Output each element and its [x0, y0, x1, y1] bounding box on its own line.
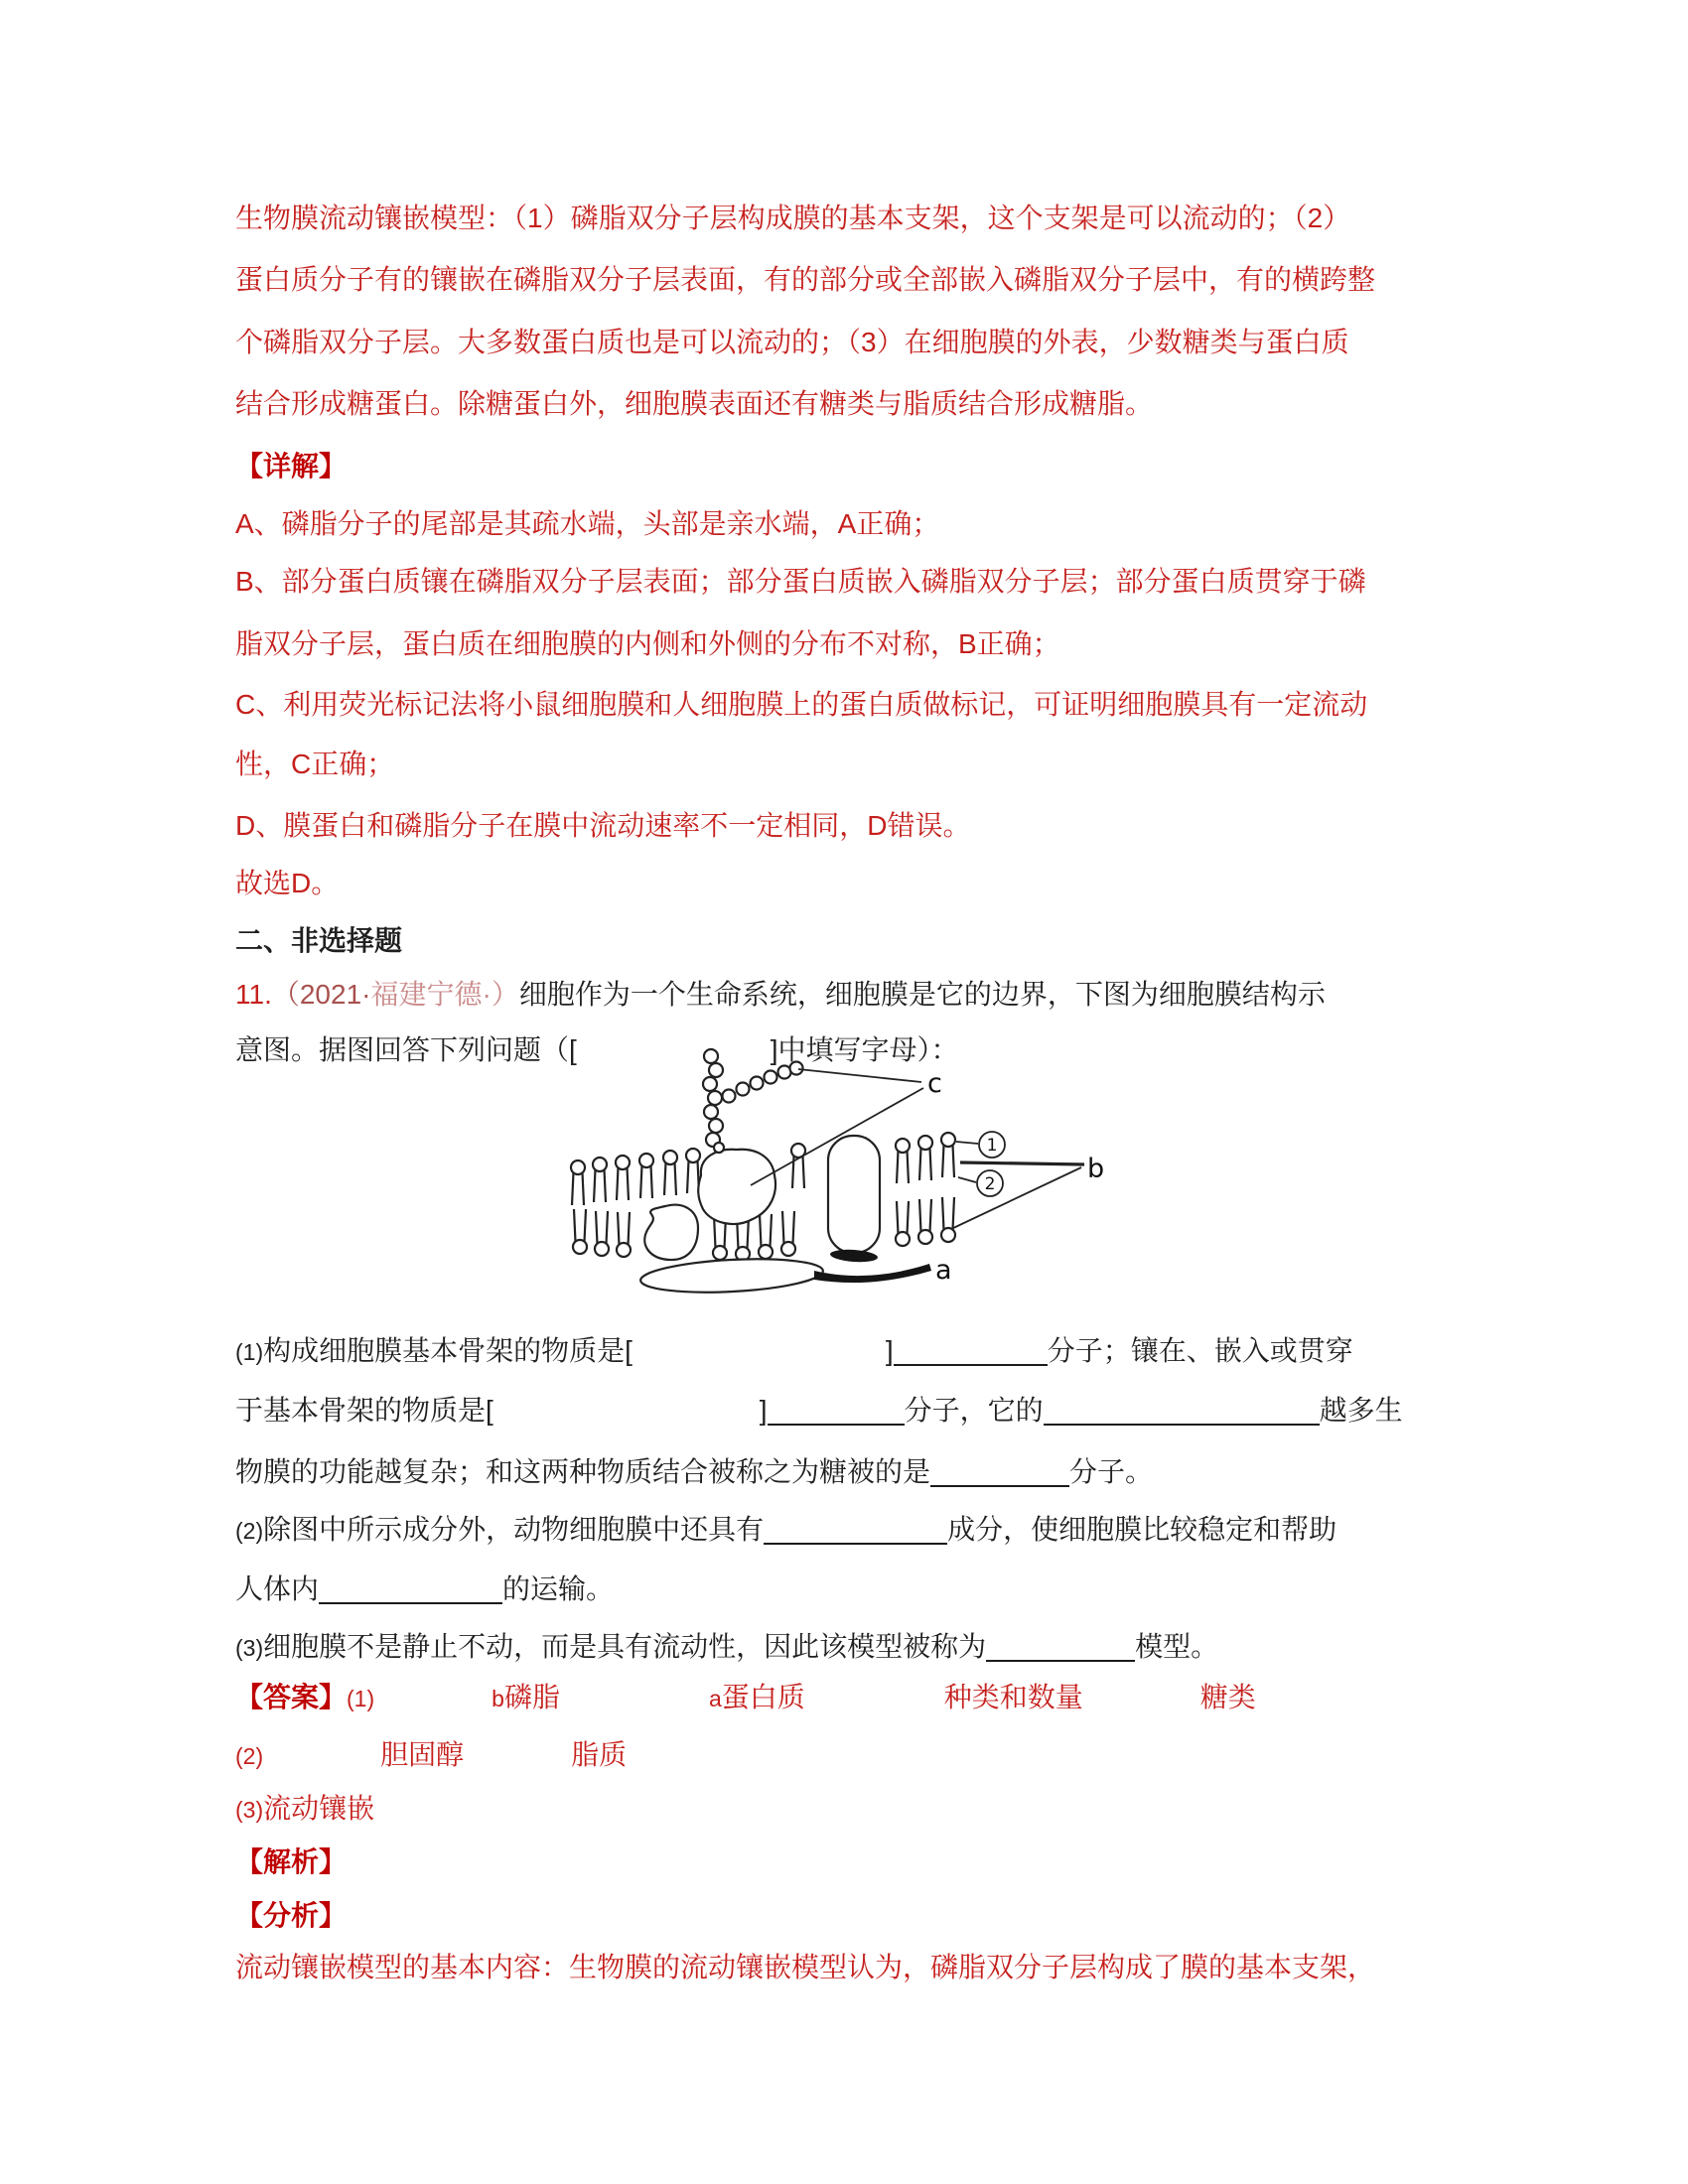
section-heading: 二、非选择题: [235, 921, 402, 963]
bracket-gap: [1083, 1706, 1200, 1706]
q2-line-1: (2)除图中所示成分外，动物细胞膜中还具有成分，使细胞膜比较稳定和帮助: [235, 1509, 1336, 1551]
q1-line-3: 物膜的功能越复杂；和这两种物质结合被称之为糖被的是分子。: [235, 1451, 1153, 1493]
text-run: 的运输。: [502, 1573, 614, 1604]
text-run: 性，C正确；: [235, 749, 394, 779]
text-run: 胆固醇: [380, 1739, 464, 1770]
text-run: 细胞作为一个生命系统，细胞膜是它的边界，下图为细胞膜结构示: [519, 979, 1326, 1010]
transmembrane-protein: [828, 1136, 880, 1253]
q1-line-2: 于基本骨架的物质是[]分子，它的越多生: [235, 1390, 1403, 1432]
text-run: 意图。据图回答下列问题（[: [235, 1034, 577, 1065]
text-run: （2021·: [272, 979, 371, 1010]
text-run: (3): [235, 1635, 263, 1661]
num2-pointer-line: [958, 1177, 976, 1182]
glycoprotein-body: [698, 1150, 775, 1224]
fill-in-blank: [768, 1390, 905, 1426]
text-run: 二、非选择题: [235, 925, 402, 956]
text-run: 生物膜流动镶嵌模型：（1）磷脂双分子层构成膜的基本支架，这个支架是可以流动的；（…: [235, 203, 1350, 233]
bracket-gap: [560, 1706, 709, 1706]
label-a: a: [935, 1255, 952, 1286]
num1-pointer-line: [956, 1142, 978, 1144]
text-run: 成分，使细胞膜比较稳定和帮助: [947, 1514, 1336, 1545]
text-run: 流动镶嵌: [263, 1793, 374, 1824]
text-run: 【详解】: [235, 451, 347, 481]
svg-text:1: 1: [987, 1136, 998, 1156]
svg-text:2: 2: [985, 1174, 996, 1194]
option-a: A、磷脂分子的尾部是其疏水端，头部是亲水端，A正确；: [235, 504, 939, 546]
text-run: 细胞膜不是静止不动，而是具有流动性，因此该模型被称为: [263, 1631, 986, 1662]
text-run: 故选D。: [235, 868, 339, 898]
text-run: 蛋白质: [722, 1682, 805, 1712]
text-run: ·）: [483, 979, 519, 1010]
q3-line: (3)细胞膜不是静止不动，而是具有流动性，因此该模型被称为模型。: [235, 1626, 1218, 1668]
text-run: 流动镶嵌模型的基本内容：生物膜的流动镶嵌模型认为，磷脂双分子层构成了膜的基本支架…: [235, 1952, 1375, 1982]
text-run: 个磷脂双分子层。大多数蛋白质也是可以流动的；（3）在细胞膜的外表，少数糖类与蛋白…: [235, 327, 1349, 357]
text-run: ]: [886, 1335, 894, 1366]
text-run: 脂质: [571, 1739, 627, 1770]
b-diagonal-line: [951, 1167, 1081, 1229]
text-run: 11.: [235, 979, 272, 1010]
analysis-line-1: 生物膜流动镶嵌模型：（1）磷脂双分子层构成膜的基本支架，这个支架是可以流动的；（…: [235, 199, 1350, 240]
fill-in-blank: [764, 1509, 947, 1545]
cell-membrane-diagram: c b a 1 2: [548, 1036, 1144, 1316]
text-run: ]: [760, 1395, 768, 1426]
analysis-line-2: 蛋白质分子有的镶嵌在磷脂双分子层表面，有的部分或全部嵌入磷脂双分子层中，有的横跨…: [235, 260, 1375, 302]
text-run: 脂双分子层，蛋白质在细胞膜的内侧和外侧的分布不对称，B正确；: [235, 628, 1060, 659]
option-b-2: 脂双分子层，蛋白质在细胞膜的内侧和外侧的分布不对称，B正确；: [235, 624, 1060, 666]
text-run: (1): [235, 1339, 263, 1365]
text-run: C、利用荧光标记法将小鼠细胞膜和人细胞膜上的蛋白质做标记，可证明细胞膜具有一定流…: [235, 689, 1367, 720]
text-run: (3): [235, 1797, 263, 1823]
text-run: 蛋白质分子有的镶嵌在磷脂双分子层表面，有的部分或全部嵌入磷脂双分子层中，有的横跨…: [235, 264, 1375, 295]
text-run: 模型。: [1135, 1631, 1218, 1662]
bracket-gap: [805, 1706, 944, 1706]
text-run: a: [709, 1686, 722, 1711]
text-run: 分子，它的: [905, 1395, 1044, 1426]
c-pointer-line-1: [798, 1069, 921, 1082]
a-pointer-band: [814, 1264, 931, 1283]
fill-in-blank: [894, 1330, 1048, 1366]
text-run: A、磷脂分子的尾部是其疏水端，头部是亲水端，A正确；: [235, 508, 939, 539]
option-c-1: C、利用荧光标记法将小鼠细胞膜和人细胞膜上的蛋白质做标记，可证明细胞膜具有一定流…: [235, 685, 1367, 727]
text-run: 人体内: [235, 1573, 319, 1604]
answer-line-3: (3)流动镶嵌: [235, 1789, 374, 1831]
text-run: 构成细胞膜基本骨架的物质是[: [263, 1335, 633, 1366]
text-run: 分子；镶在、嵌入或贯穿: [1048, 1335, 1353, 1366]
question-11-intro-1: 11.（2021·福建宁德·）细胞作为一个生命系统，细胞膜是它的边界，下图为细胞…: [235, 975, 1326, 1017]
text-run: (1): [347, 1686, 374, 1711]
sugar-chain: [703, 1049, 803, 1153]
b-pointer-line: [960, 1162, 1084, 1164]
detail-header: 【详解】: [235, 447, 347, 488]
text-run: 物膜的功能越复杂；和这两种物质结合被称之为糖被的是: [235, 1456, 930, 1487]
fill-in-blank: [1044, 1390, 1320, 1426]
embedded-protein: [644, 1205, 698, 1260]
peripheral-protein: [639, 1255, 823, 1297]
text-run: 越多生: [1320, 1395, 1403, 1426]
fill-in-blank: [930, 1451, 1069, 1487]
fill-in-blank: [319, 1569, 502, 1604]
bracket-gap: [464, 1763, 571, 1764]
q2-line-2: 人体内的运输。: [235, 1569, 614, 1610]
option-c-2: 性，C正确；: [235, 745, 394, 786]
text-run: 除图中所示成分外，动物细胞膜中还具有: [263, 1514, 764, 1545]
analysis-line-4: 结合形成糖蛋白。除糖蛋白外，细胞膜表面还有糖类与脂质结合形成糖脂。: [235, 384, 1153, 426]
text-run: b: [492, 1686, 504, 1711]
circled-number-2: 2: [977, 1170, 1003, 1196]
jiexi-header: 【解析】: [235, 1843, 347, 1884]
bracket-gap: [633, 1359, 886, 1360]
document-page: 生物膜流动镶嵌模型：（1）磷脂双分子层构成膜的基本支架，这个支架是可以流动的；（…: [0, 0, 1688, 2184]
conclusion: 故选D。: [235, 864, 339, 905]
label-c: c: [927, 1068, 942, 1099]
bracket-gap: [263, 1763, 380, 1764]
text-run: 于基本骨架的物质是[: [235, 1395, 493, 1426]
text-run: 种类和数量: [944, 1682, 1083, 1712]
analysis-body: 流动镶嵌模型的基本内容：生物膜的流动镶嵌模型认为，磷脂双分子层构成了膜的基本支架…: [235, 1948, 1375, 1989]
bracket-gap: [493, 1419, 760, 1420]
text-run: D、膜蛋白和磷脂分子在膜中流动速率不一定相同，D错误。: [235, 810, 970, 841]
fill-in-blank: [986, 1626, 1135, 1662]
fenxi-header: 【分析】: [235, 1896, 347, 1938]
text-run: 【解析】: [235, 1846, 347, 1877]
text-run: 磷脂: [504, 1682, 560, 1712]
text-run: 结合形成糖蛋白。除糖蛋白外，细胞膜表面还有糖类与脂质结合形成糖脂。: [235, 388, 1153, 419]
text-run: 福建宁德: [370, 979, 482, 1010]
shadow-blob: [830, 1248, 879, 1263]
bracket-gap: [374, 1706, 492, 1706]
text-run: 【答案】: [235, 1682, 347, 1712]
text-run: (2): [235, 1743, 263, 1769]
answer-line-1: 【答案】(1)b磷脂a蛋白质种类和数量糖类: [235, 1678, 1256, 1719]
option-d: D、膜蛋白和磷脂分子在膜中流动速率不一定相同，D错误。: [235, 806, 970, 848]
text-run: B、部分蛋白质镶在磷脂双分子层表面；部分蛋白质嵌入磷脂双分子层；部分蛋白质贯穿于…: [235, 566, 1366, 597]
option-b-1: B、部分蛋白质镶在磷脂双分子层表面；部分蛋白质嵌入磷脂双分子层；部分蛋白质贯穿于…: [235, 562, 1366, 604]
analysis-line-3: 个磷脂双分子层。大多数蛋白质也是可以流动的；（3）在细胞膜的外表，少数糖类与蛋白…: [235, 323, 1349, 364]
circled-number-1: 1: [979, 1132, 1005, 1158]
text-run: 分子。: [1069, 1456, 1153, 1487]
text-run: 【分析】: [235, 1900, 347, 1931]
answer-line-2: (2)胆固醇脂质: [235, 1735, 627, 1777]
text-run: (2): [235, 1518, 263, 1544]
text-run: 糖类: [1200, 1682, 1256, 1712]
label-b: b: [1087, 1154, 1104, 1184]
q1-line-1: (1)构成细胞膜基本骨架的物质是[]分子；镶在、嵌入或贯穿: [235, 1330, 1353, 1372]
